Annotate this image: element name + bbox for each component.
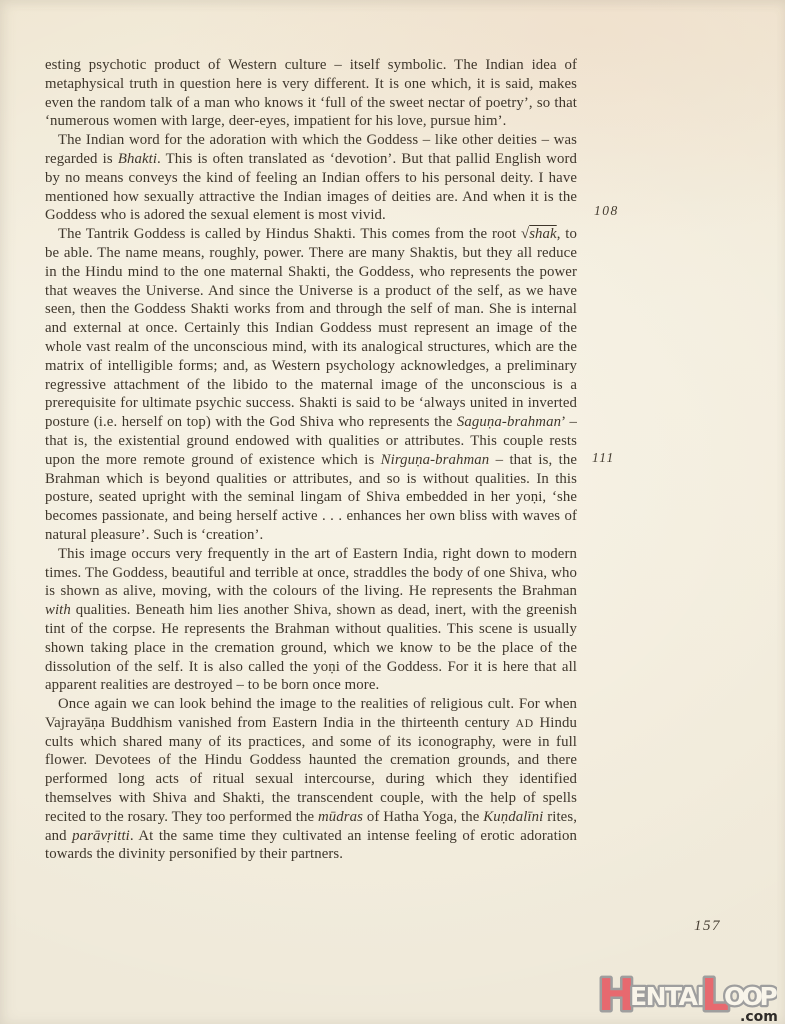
text-segment: Nirguṇa-brahman bbox=[381, 452, 490, 468]
text-segment: Bhakti bbox=[118, 151, 157, 167]
paragraph: The Indian word for the adoration with w… bbox=[45, 131, 577, 225]
paragraph: This image occurs very frequently in the… bbox=[45, 545, 577, 695]
paragraph: esting psychotic product of Western cult… bbox=[45, 56, 577, 131]
text-segment: AD bbox=[515, 716, 533, 730]
text-block: esting psychotic product of Western cult… bbox=[45, 56, 577, 864]
text-segment: esting psychotic product of Western cult… bbox=[45, 57, 577, 129]
text-segment: with bbox=[45, 602, 71, 618]
page-number: 157 bbox=[694, 918, 721, 935]
text-segment: , to be able. The name means, roughly, p… bbox=[45, 226, 577, 430]
watermark-logo[interactable]: H ENTAI L OOP .com bbox=[597, 963, 777, 1024]
text-segment: Once again we can look behind the image … bbox=[45, 696, 577, 731]
logo-letters-oop: OOP bbox=[724, 982, 777, 1011]
text-segment: parāvṛitti bbox=[72, 828, 130, 844]
text-segment: mūdras bbox=[318, 809, 363, 825]
margin-note-111: 111 bbox=[592, 450, 615, 466]
text-segment: shak bbox=[529, 226, 557, 242]
hentailoop-logo-icon: H ENTAI L OOP .com bbox=[597, 963, 777, 1024]
paragraph: The Tantrik Goddess is called by Hindus … bbox=[45, 225, 577, 545]
logo-letters-entai: ENTAI bbox=[630, 982, 704, 1011]
logo-tld: .com bbox=[740, 1009, 777, 1024]
text-segment: Saguṇa-brahman bbox=[457, 414, 561, 430]
text-segment: of Hatha Yoga, the bbox=[363, 809, 483, 825]
text-segment: The Tantrik Goddess is called by Hindus … bbox=[58, 226, 529, 242]
text-segment: This image occurs very frequently in the… bbox=[45, 546, 577, 600]
margin-note-108: 108 bbox=[594, 203, 619, 219]
text-segment: qualities. Beneath him lies another Shiv… bbox=[45, 602, 577, 693]
text-segment: Kuṇdalīni bbox=[483, 809, 543, 825]
book-page: { "document": { "paragraphs": [ { "segme… bbox=[0, 0, 785, 1024]
paragraph: Once again we can look behind the image … bbox=[45, 695, 577, 864]
